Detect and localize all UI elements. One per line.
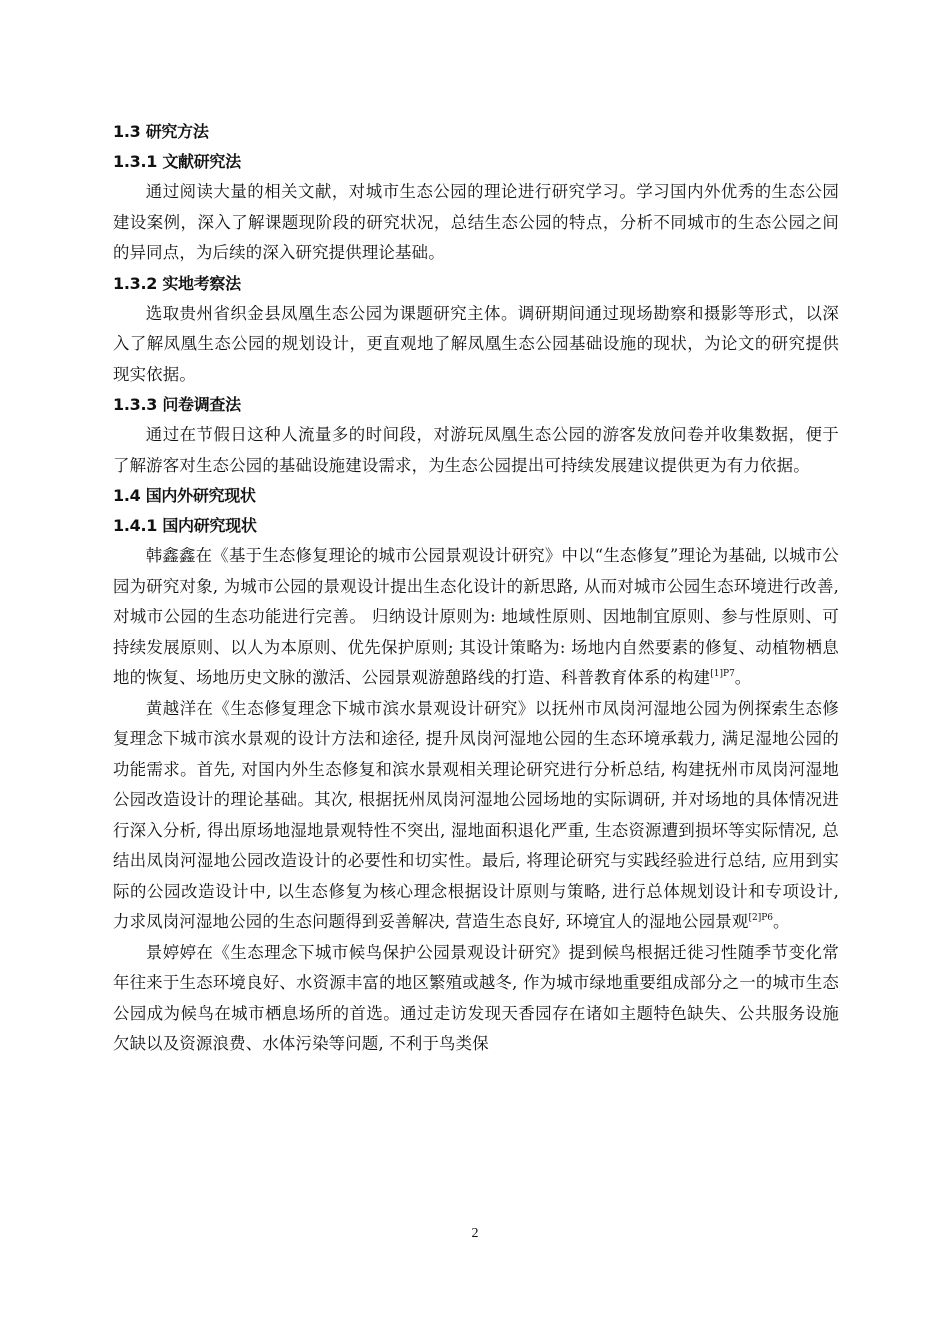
section-heading-1-3: 1.3 研究方法 xyxy=(113,117,839,147)
paragraph-questionnaire: 通过在节假日这种人流量多的时间段，对游玩凤凰生态公园的游客发放问卷并收集数据，便… xyxy=(113,420,839,481)
page-number: 2 xyxy=(0,1226,950,1242)
paragraph-end: 。 xyxy=(735,668,752,687)
section-heading-1-3-2: 1.3.2 实地考察法 xyxy=(113,269,839,299)
paragraph-end: 。 xyxy=(773,912,790,931)
section-heading-1-4: 1.4 国内外研究现状 xyxy=(113,481,839,511)
paragraph-han-xinxin: 韩鑫鑫在《基于生态修复理论的城市公园景观设计研究》中以“生态修复”理论为基础, … xyxy=(113,541,839,694)
paragraph-text: 黄越洋在《生态修复理念下城市滨水景观设计研究》以抚州市凤岗河湿地公园为例探索生态… xyxy=(113,699,839,932)
paragraph-literature-method: 通过阅读大量的相关文献，对城市生态公园的理论进行研究学习。学习国内外优秀的生态公… xyxy=(113,177,839,269)
citation-ref-1: [1]P7 xyxy=(710,669,735,679)
section-heading-1-3-3: 1.3.3 问卷调查法 xyxy=(113,390,839,420)
paragraph-jing-tingting: 景婷婷在《生态理念下城市候鸟保护公园景观设计研究》提到候鸟根据迁徙习性随季节变化… xyxy=(113,938,839,1060)
section-heading-1-3-1: 1.3.1 文献研究法 xyxy=(113,147,839,177)
document-page: 1.3 研究方法 1.3.1 文献研究法 通过阅读大量的相关文献，对城市生态公园… xyxy=(113,117,839,1060)
paragraph-field-survey: 选取贵州省织金县凤凰生态公园为课题研究主体。调研期间通过现场勘察和摄影等形式，以… xyxy=(113,299,839,391)
paragraph-text: 韩鑫鑫在《基于生态修复理论的城市公园景观设计研究》中以“生态修复”理论为基础, … xyxy=(113,546,839,687)
citation-ref-2: [2]P6 xyxy=(749,913,774,923)
paragraph-huang-yueyang: 黄越洋在《生态修复理念下城市滨水景观设计研究》以抚州市凤岗河湿地公园为例探索生态… xyxy=(113,694,839,938)
section-heading-1-4-1: 1.4.1 国内研究现状 xyxy=(113,511,839,541)
